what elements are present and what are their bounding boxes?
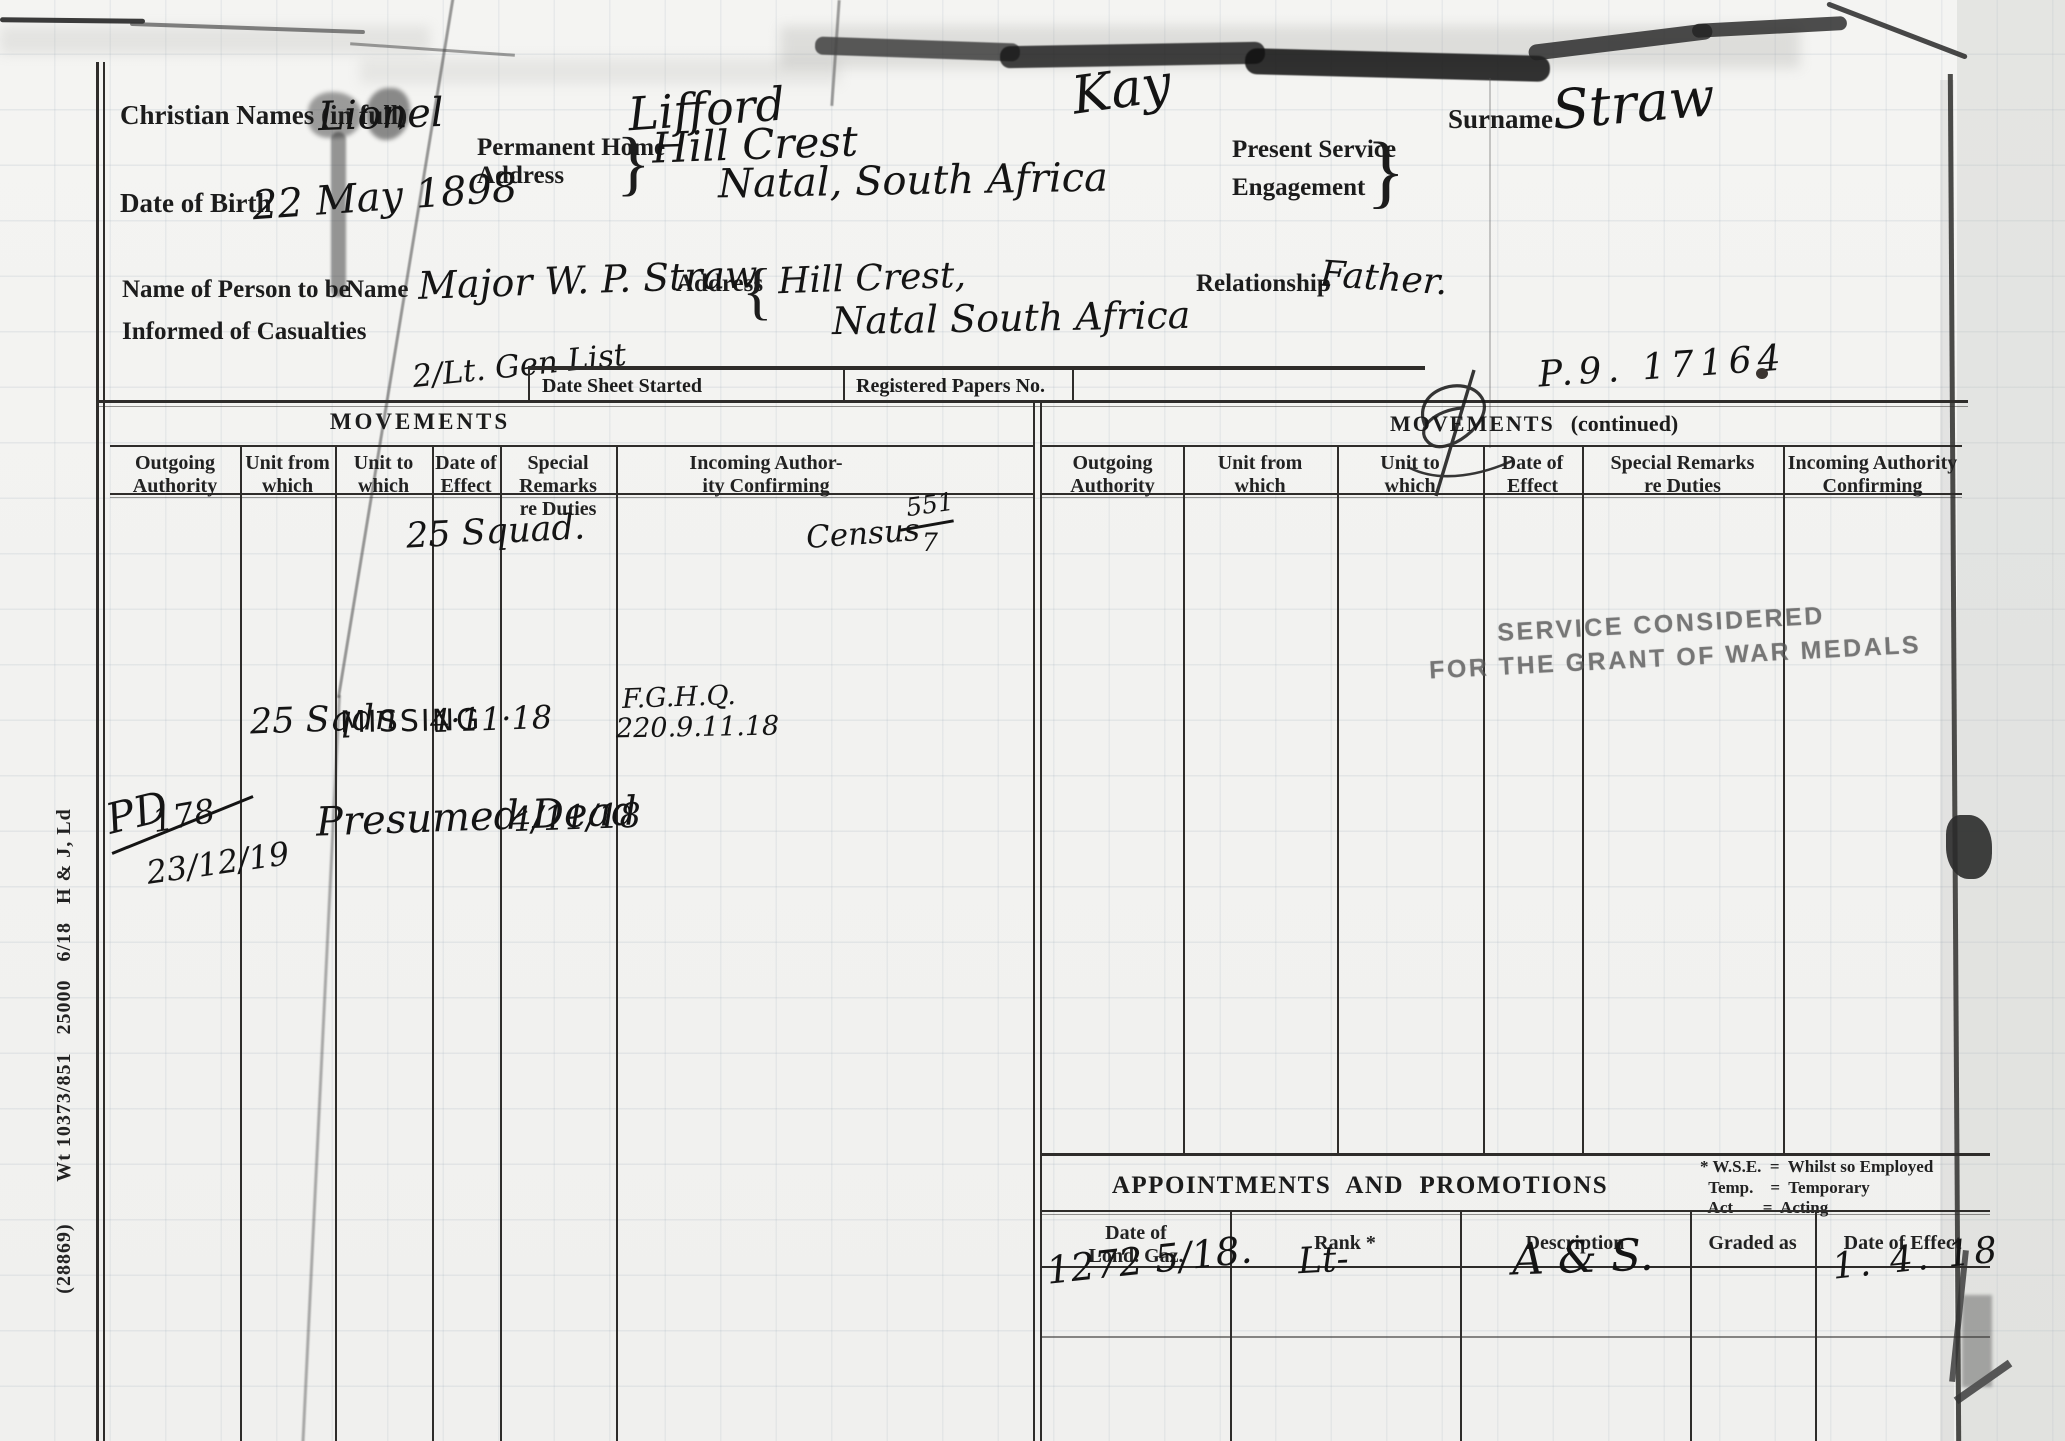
appointments-legend-line3: Act = Acting xyxy=(1700,1198,1828,1218)
left-col-header-date: Date ofEffect xyxy=(432,452,500,498)
right-table-col-rule-5 xyxy=(1783,445,1785,1155)
present-service-brace: } xyxy=(1366,124,1405,218)
movements-title: MOVEMENTS xyxy=(280,409,560,435)
appointments-header-top-rule xyxy=(1042,1210,1990,1212)
movement-row2-incoming-line1: F.G.H.Q. xyxy=(621,680,736,715)
left-col-header-unit-to: Unit towhich xyxy=(335,452,432,498)
scanned-service-record: Christian Names (in full) Date of Birth … xyxy=(0,0,2065,1441)
right-col-header-incoming: Incoming AuthorityConfirming xyxy=(1783,452,1962,498)
relationship-label: Relationship xyxy=(1196,270,1331,298)
movement-row1-incoming-name: Census xyxy=(805,512,921,556)
appointments-header-top-rule-2 xyxy=(1042,1214,1990,1215)
home-address-value-2: Natal, South Africa xyxy=(718,155,1109,208)
right-col-header-outgoing: OutgoingAuthority xyxy=(1042,452,1183,498)
relationship-value: Father. xyxy=(1319,254,1449,304)
right-col-header-date: Date ofEffect xyxy=(1483,452,1582,498)
casualties-label-line1: Name of Person to be xyxy=(122,276,350,304)
printers-imprint: (28869) Wt 10373/851 25000 6/18 H & J, L… xyxy=(53,781,83,1321)
right-table-col-rule-3 xyxy=(1483,445,1485,1155)
casualties-label-line2: Informed of Casualties xyxy=(122,318,366,346)
table-split-rule-inner xyxy=(1040,403,1042,1441)
movement-row1-incoming-numerator: 551 xyxy=(904,487,955,522)
right-edge-blob xyxy=(1946,815,1992,879)
appointments-title: APPOINTMENTS AND PROMOTIONS xyxy=(1080,1172,1640,1200)
movement-row1-incoming-denominator: 7 xyxy=(922,528,938,557)
right-table-col-rule-2 xyxy=(1337,445,1339,1155)
movement-row2-incoming-line2: 220.9.11.18 xyxy=(616,711,780,745)
right-col-header-unit-to: Unit towhich xyxy=(1337,452,1483,498)
left-table-top-rule xyxy=(110,445,1035,447)
registered-papers-label: Registered Papers No. xyxy=(856,375,1045,398)
appointments-col-header-graded: Graded as xyxy=(1690,1232,1815,1255)
appointments-row-description: A & S. xyxy=(1511,1230,1654,1286)
sheet-box-left-rule xyxy=(528,368,530,401)
sheet-box-right-rule xyxy=(1072,368,1074,401)
left-col-header-outgoing: OutgoingAuthority xyxy=(110,452,240,498)
appointments-legend-line2: Temp. = Temporary xyxy=(1700,1178,1870,1198)
appointments-legend-line1: * W.S.E. = Whilst so Employed xyxy=(1700,1157,1933,1177)
table-split-rule-outer xyxy=(1033,403,1035,1441)
section-divider-rule-2 xyxy=(96,406,1968,407)
page-left-rule-inner xyxy=(103,62,105,1441)
right-table-col-rule-1 xyxy=(1183,445,1185,1155)
left-col-header-unit-from: Unit fromwhich xyxy=(240,452,335,498)
date-sheet-started-label: Date Sheet Started xyxy=(542,375,702,398)
left-table-col-rule-4 xyxy=(500,445,502,1441)
left-table-col-rule-2 xyxy=(335,445,337,1441)
appointments-row-bottom-rule xyxy=(1042,1336,1990,1338)
movement-row3-outgoing-date: 23/12/19 xyxy=(144,834,292,892)
bent-corner-shade xyxy=(1962,1295,1992,1387)
surname-label: Surname xyxy=(1448,104,1553,135)
movements-continued-suffix: (continued) xyxy=(1571,411,1679,437)
casualty-name-value: Major W. P. Straw xyxy=(417,252,758,308)
surname-value: Straw xyxy=(1550,65,1718,142)
dob-value: 22 May 1898 xyxy=(251,165,519,229)
left-table-col-rule-5 xyxy=(616,445,618,1441)
appointments-top-rule xyxy=(1042,1153,1990,1156)
casualty-address-value-1: Hill Crest, xyxy=(777,255,966,303)
dob-label: Date of Birth xyxy=(120,188,271,219)
right-table-top-rule xyxy=(1042,445,1962,447)
right-col-header-unit-from: Unit fromwhich xyxy=(1183,452,1337,498)
left-table-col-rule-3 xyxy=(432,445,434,1441)
page-edge-shade-right xyxy=(1957,0,2065,1441)
sheet-box-heavy-top-rule xyxy=(528,366,1425,370)
page-left-rule-outer xyxy=(96,62,99,1441)
torn-edge-line-1 xyxy=(0,17,145,24)
christian-names-value-3: Kay xyxy=(1068,53,1175,126)
torn-corner-right xyxy=(1826,1,1968,59)
movement-row3-date: 4/11/18 xyxy=(509,796,641,841)
torn-edge-halo-left xyxy=(0,26,430,54)
war-medals-stamp: SERVICE CONSIDERED FOR THE GRANT OF WAR … xyxy=(1427,595,1910,688)
christian-names-value-1: Lionel xyxy=(317,90,444,140)
registered-papers-ref: P.9. 17164 xyxy=(1537,337,1788,395)
left-table-col-rule-1 xyxy=(240,445,242,1441)
right-col-header-remarks: Special Remarksre Duties xyxy=(1582,452,1783,498)
right-table-col-rule-4 xyxy=(1582,445,1584,1155)
engagement-label: Engagement xyxy=(1232,174,1365,202)
left-col-header-incoming: Incoming Author-ity Confirming xyxy=(616,452,916,498)
movement-row2-date: 4·11·18 xyxy=(429,698,552,740)
casualty-address-value-2: Natal South Africa xyxy=(832,293,1191,343)
appointments-row-rank: Lt- xyxy=(1297,1239,1350,1283)
movement-row1-unit-to: 25 Squad. xyxy=(405,507,586,556)
casualty-name-label: Name xyxy=(346,276,408,304)
ink-dot xyxy=(1756,368,1768,379)
sheet-box-divider-rule xyxy=(843,368,845,401)
section-divider-rule xyxy=(96,400,1968,403)
